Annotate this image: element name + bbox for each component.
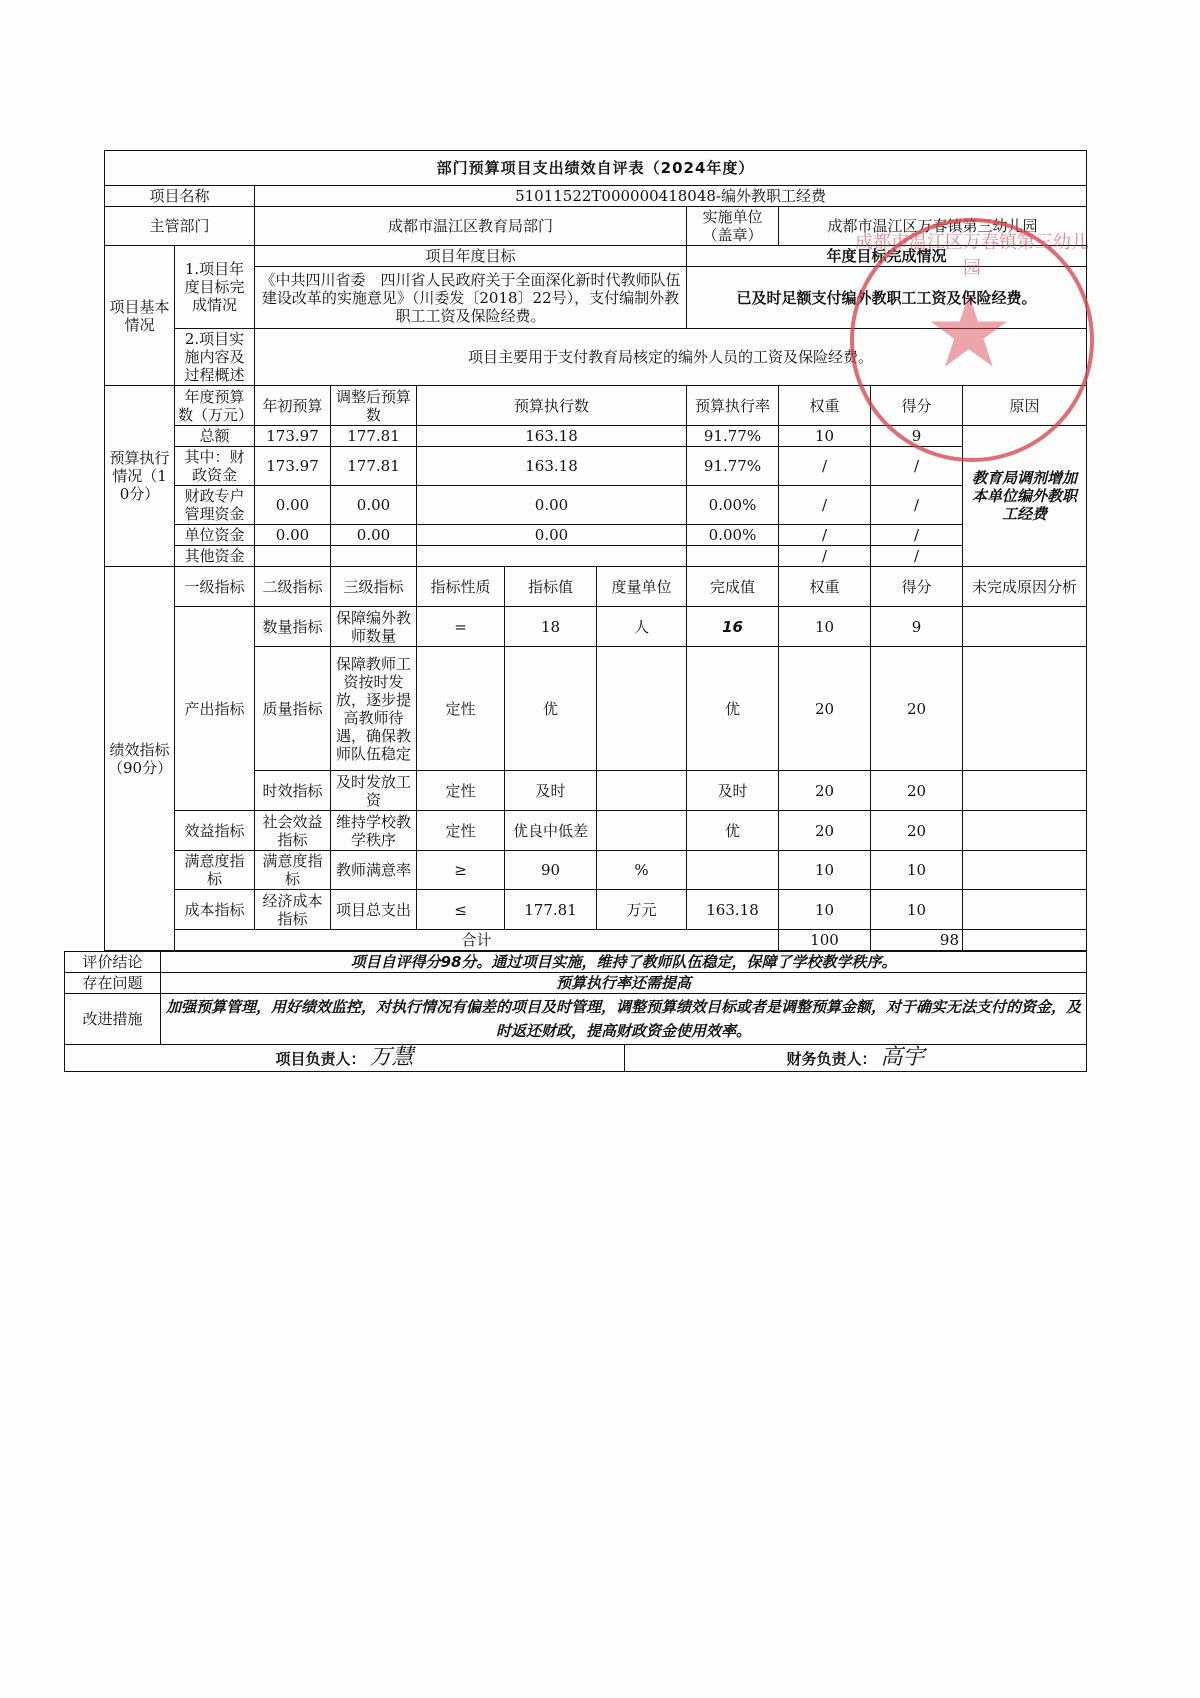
page-title: 部门预算项目支出绩效自评表（2024年度） (105, 151, 1087, 186)
performance-section-label: 绩效指标（90分） (105, 567, 175, 951)
actual-value: 优 (687, 647, 779, 771)
score: / (871, 525, 963, 546)
score: / (871, 546, 963, 567)
incomplete-reason (963, 890, 1087, 930)
perf-header: 度量单位 (597, 567, 687, 607)
adjusted-budget: 177.81 (331, 426, 417, 447)
level2-indicator: 质量指标 (255, 647, 331, 771)
issue-label: 存在问题 (65, 973, 161, 994)
measure-unit: 人 (597, 607, 687, 647)
indicator-nature: 定性 (417, 647, 505, 771)
incomplete-reason (963, 607, 1087, 647)
weight: 10 (779, 890, 871, 930)
level3-indicator: 保障编外教师数量 (331, 607, 417, 647)
total-weight: 100 (779, 930, 871, 951)
measure-unit (597, 811, 687, 851)
weight: / (779, 546, 871, 567)
target-value: 18 (505, 607, 597, 647)
total-score: 98 (871, 930, 963, 951)
conclusion-table: 评价结论 项目自评得分98分。通过项目实施，维持了教师队伍稳定，保障了学校教学秩… (64, 951, 1087, 1072)
goal-header: 项目年度目标 (255, 246, 687, 267)
level1-indicator: 成本指标 (175, 890, 255, 930)
incomplete-reason (963, 771, 1087, 811)
target-value: 90 (505, 851, 597, 890)
perf-header: 指标性质 (417, 567, 505, 607)
measure-unit (597, 647, 687, 771)
adjusted-budget: 0.00 (331, 486, 417, 525)
score: 20 (871, 771, 963, 811)
actual-value: 163.18 (687, 890, 779, 930)
row-label: 单位资金 (175, 525, 255, 546)
target-value: 优良中低差 (505, 811, 597, 851)
level3-indicator: 教师满意率 (331, 851, 417, 890)
indicator-row: 满意度指标 满意度指标 教师满意率 ≥ 90 % 10 10 (105, 851, 1087, 890)
level2-indicator: 时效指标 (255, 771, 331, 811)
row-label: 财政专户管理资金 (175, 486, 255, 525)
perf-header: 得分 (871, 567, 963, 607)
budget-header: 预算执行数 (417, 386, 687, 426)
budget-row: 财政专户管理资金 0.00 0.00 0.00 0.00% / / (105, 486, 1087, 525)
indicator-nature: ≥ (417, 851, 505, 890)
project-lead-label: 项目负责人： (275, 1050, 365, 1068)
level1-indicator: 满意度指标 (175, 851, 255, 890)
execution-rate: 0.00% (687, 486, 779, 525)
weight: 10 (779, 426, 871, 447)
executed-amount: 0.00 (417, 525, 687, 546)
weight: 20 (779, 811, 871, 851)
unit-label: 实施单位（盖章） (687, 207, 779, 246)
weight: 20 (779, 647, 871, 771)
perf-header: 指标值 (505, 567, 597, 607)
indicator-row: 产出指标 数量指标 保障编外教师数量 = 18 人 16 10 9 (105, 607, 1087, 647)
completion-header: 年度目标完成情况 (687, 246, 1087, 267)
score: / (871, 447, 963, 486)
level2-indicator: 社会效益指标 (255, 811, 331, 851)
incomplete-reason (963, 811, 1087, 851)
weight: 10 (779, 607, 871, 647)
execution-rate: 91.77% (687, 447, 779, 486)
level1-indicator: 效益指标 (175, 811, 255, 851)
finance-lead: 财务负责人：高宇 (625, 1045, 1087, 1072)
weight: 20 (779, 771, 871, 811)
budget-header: 原因 (963, 386, 1087, 426)
project-name-value: 51011522T000000418048-编外教职工经费 (255, 186, 1087, 207)
initial-budget: 0.00 (255, 525, 331, 546)
executed-amount: 163.18 (417, 426, 687, 447)
actual-value (687, 851, 779, 890)
budget-header: 年度预算数（万元） (175, 386, 255, 426)
perf-header: 未完成原因分析 (963, 567, 1087, 607)
actual-value: 优 (687, 811, 779, 851)
budget-row: 单位资金 0.00 0.00 0.00 0.00% / / (105, 525, 1087, 546)
perf-header: 权重 (779, 567, 871, 607)
adjusted-budget (331, 546, 417, 567)
level3-indicator: 项目总支出 (331, 890, 417, 930)
row-label: 其中：财政资金 (175, 447, 255, 486)
execution-rate: 91.77% (687, 426, 779, 447)
actual-value: 及时 (687, 771, 779, 811)
impl-text: 项目主要用于支付教育局核定的编外人员的工资及保险经费。 (255, 329, 1087, 386)
perf-header: 二级指标 (255, 567, 331, 607)
score: 20 (871, 811, 963, 851)
level3-indicator: 保障教师工资按时发放，逐步提高教师待遇，确保教师队伍稳定 (331, 647, 417, 771)
score: 20 (871, 647, 963, 771)
target-value: 优 (505, 647, 597, 771)
dept-label: 主管部门 (105, 207, 255, 246)
basic-section-label: 项目基本情况 (105, 246, 175, 386)
total-blank (963, 930, 1087, 951)
execution-rate (687, 546, 779, 567)
unit-value: 成都市温江区万春镇第三幼儿园 (779, 207, 1087, 246)
goal-text: 《中共四川省委 四川省人民政府关于全面深化新时代教师队伍建设改革的实施意见》（川… (255, 267, 687, 329)
budget-header: 调整后预算数 (331, 386, 417, 426)
finance-lead-signature: 高宇 (881, 1045, 925, 1070)
initial-budget: 173.97 (255, 447, 331, 486)
indicator-row: 效益指标 社会效益指标 维持学校教学秩序 定性 优良中低差 优 20 20 (105, 811, 1087, 851)
execution-rate: 0.00% (687, 525, 779, 546)
indicator-row: 成本指标 经济成本指标 项目总支出 ≤ 177.81 万元 163.18 10 … (105, 890, 1087, 930)
improve-text: 加强预算管理，用好绩效监控，对执行情况有偏差的项目及时管理，调整预算绩效目标或者… (161, 994, 1087, 1045)
completion-text: 已及时足额支付编外教职工工资及保险经费。 (687, 267, 1087, 329)
indicator-nature: 定性 (417, 811, 505, 851)
eval-text: 项目自评得分98分。通过项目实施，维持了教师队伍稳定，保障了学校教学秩序。 (161, 952, 1087, 973)
score: 10 (871, 851, 963, 890)
level2-indicator: 经济成本指标 (255, 890, 331, 930)
score: / (871, 486, 963, 525)
issue-text: 预算执行率还需提高 (161, 973, 1087, 994)
initial-budget: 0.00 (255, 486, 331, 525)
budget-row: 其中：财政资金 173.97 177.81 163.18 91.77% / / (105, 447, 1087, 486)
initial-budget: 173.97 (255, 426, 331, 447)
budget-row: 总额 173.97 177.81 163.18 91.77% 10 9 教育局调… (105, 426, 1087, 447)
incomplete-reason (963, 851, 1087, 890)
budget-section-label: 预算执行情况（10分） (105, 386, 175, 567)
score: 9 (871, 607, 963, 647)
goal-label: 1.项目年度目标完成情况 (175, 246, 255, 329)
score: 9 (871, 426, 963, 447)
budget-header: 得分 (871, 386, 963, 426)
budget-row: 其他资金 / / (105, 546, 1087, 567)
dept-value: 成都市温江区教育局部门 (255, 207, 687, 246)
row-label: 其他资金 (175, 546, 255, 567)
adjusted-budget: 0.00 (331, 525, 417, 546)
total-label: 合计 (175, 930, 779, 951)
measure-unit: 万元 (597, 890, 687, 930)
impl-label: 2.项目实施内容及过程概述 (175, 329, 255, 386)
weight: 10 (779, 851, 871, 890)
actual-value: 16 (687, 607, 779, 647)
row-label: 总额 (175, 426, 255, 447)
indicator-nature: = (417, 607, 505, 647)
initial-budget (255, 546, 331, 567)
indicator-nature: 定性 (417, 771, 505, 811)
weight: / (779, 486, 871, 525)
level1-indicator: 产出指标 (175, 607, 255, 811)
weight: / (779, 525, 871, 546)
target-value: 177.81 (505, 890, 597, 930)
budget-header: 年初预算 (255, 386, 331, 426)
level2-indicator: 数量指标 (255, 607, 331, 647)
project-lead-signature: 万慧 (370, 1045, 414, 1070)
perf-header: 完成值 (687, 567, 779, 607)
budget-header: 权重 (779, 386, 871, 426)
evaluation-table: 部门预算项目支出绩效自评表（2024年度） 项目名称 51011522T0000… (104, 150, 1087, 951)
perf-header: 三级指标 (331, 567, 417, 607)
executed-amount: 163.18 (417, 447, 687, 486)
project-name-label: 项目名称 (105, 186, 255, 207)
level3-indicator: 维持学校教学秩序 (331, 811, 417, 851)
level3-indicator: 及时发放工资 (331, 771, 417, 811)
level2-indicator: 满意度指标 (255, 851, 331, 890)
perf-header: 一级指标 (175, 567, 255, 607)
project-lead: 项目负责人：万慧 (65, 1045, 625, 1072)
weight: / (779, 447, 871, 486)
improve-label: 改进措施 (65, 994, 161, 1045)
indicator-nature: ≤ (417, 890, 505, 930)
self-evaluation-form: 部门预算项目支出绩效自评表（2024年度） 项目名称 51011522T0000… (104, 150, 1086, 1072)
measure-unit: % (597, 851, 687, 890)
eval-label: 评价结论 (65, 952, 161, 973)
score: 10 (871, 890, 963, 930)
measure-unit (597, 771, 687, 811)
target-value: 及时 (505, 771, 597, 811)
budget-reason: 教育局调剂增加本单位编外教职工经费 (963, 426, 1087, 567)
executed-amount (417, 546, 687, 567)
budget-header: 预算执行率 (687, 386, 779, 426)
executed-amount: 0.00 (417, 486, 687, 525)
incomplete-reason (963, 647, 1087, 771)
adjusted-budget: 177.81 (331, 447, 417, 486)
finance-lead-label: 财务负责人： (786, 1050, 876, 1068)
